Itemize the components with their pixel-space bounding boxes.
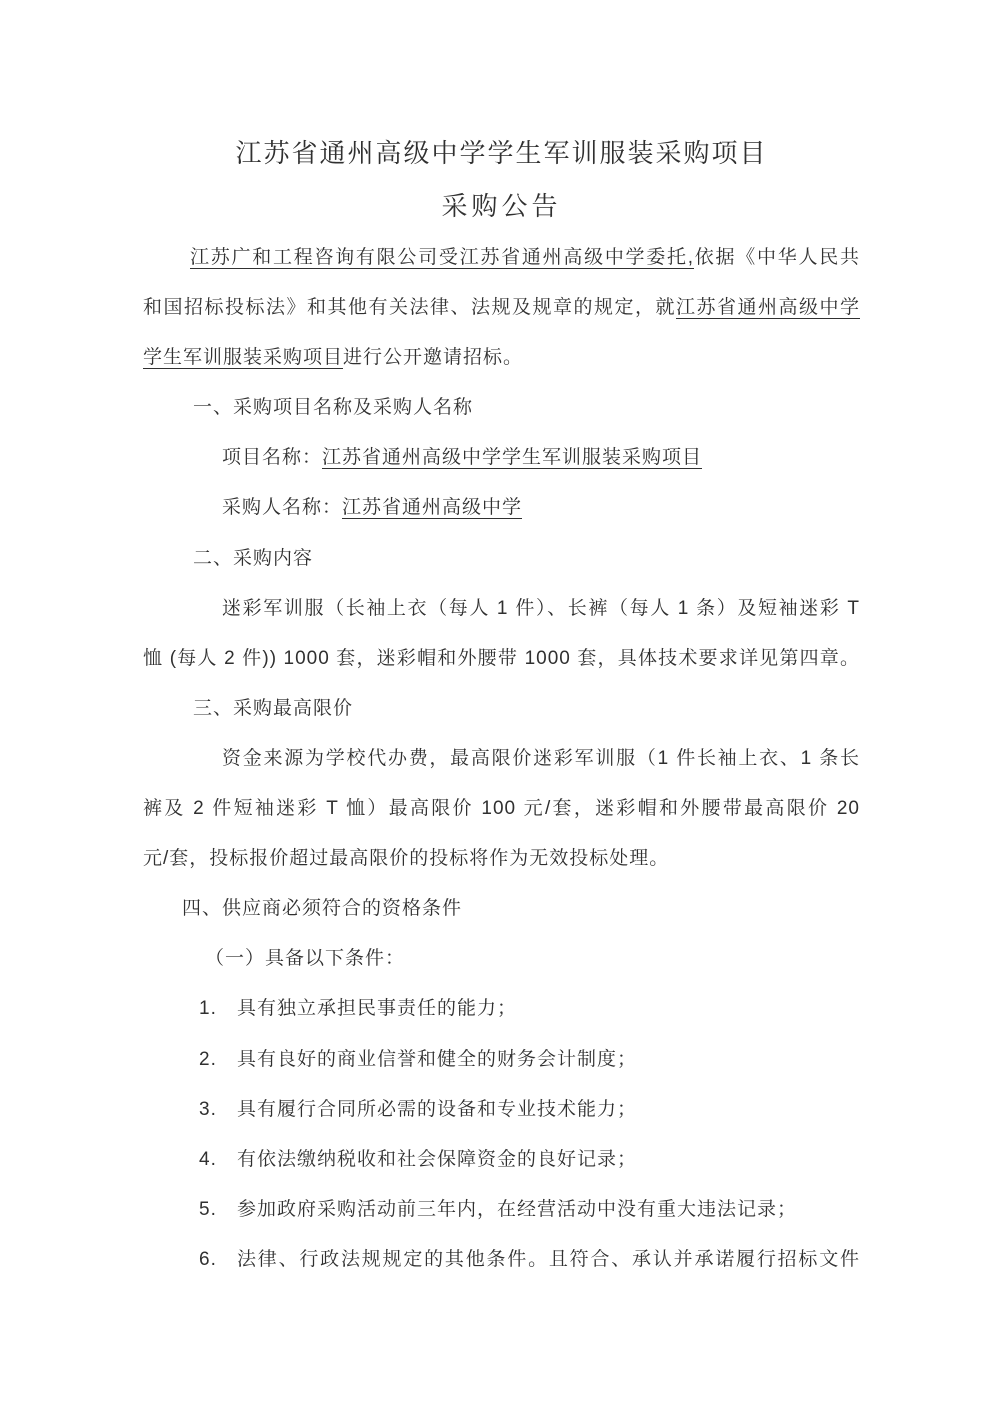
intro-line-1: 江苏广和工程咨询有限公司受江苏省通州高级中学委托,依据《中华人民共: [143, 233, 860, 283]
item-number: 2.: [199, 1035, 237, 1085]
buyer-name-value: 江苏省通州高级中学: [342, 497, 522, 519]
plain-text: 和国招标投标法》和其他有关法律、法规及规章的规定，就: [143, 297, 676, 318]
doc-subtitle: 采购公告: [143, 180, 860, 233]
document-page: 江苏省通州高级中学学生军训服装采购项目 采购公告 江苏广和工程咨询有限公司受江苏…: [0, 0, 1000, 1415]
section3-heading: 三、采购最高限价: [143, 684, 860, 734]
section1-heading: 一、采购项目名称及采购人名称: [143, 383, 860, 433]
underlined-text: 江苏省通州高级中学: [676, 297, 860, 319]
item-text: 具有良好的商业信誉和健全的财务会计制度；: [237, 1035, 860, 1085]
intro-line-2: 和国招标投标法》和其他有关法律、法规及规章的规定，就江苏省通州高级中学: [143, 283, 860, 333]
underlined-text: 学生军训服装采购项目: [143, 347, 343, 369]
plain-text: 进行公开邀请招标。: [343, 347, 523, 368]
section3-line-1: 资金来源为学校代办费，最高限价迷彩军训服（1 件长袖上衣、1 条长: [143, 734, 860, 784]
section3-line-2: 裤及 2 件短袖迷彩 T 恤）最高限价 100 元/套，迷彩帽和外腰带最高限价 …: [143, 784, 860, 834]
qualification-item-1: 1.具有独立承担民事责任的能力；: [143, 984, 860, 1034]
qualification-item-3: 3.具有履行合同所必需的设备和专业技术能力；: [143, 1085, 860, 1135]
buyer-name-line: 采购人名称：江苏省通州高级中学: [143, 483, 860, 533]
item-number: 6.: [199, 1235, 237, 1285]
underlined-text: 江苏广和工程咨询有限公司受江苏省通州高级中学委托,: [190, 247, 694, 269]
item-number: 4.: [199, 1135, 237, 1185]
section2-line-2: 恤 (每人 2 件)) 1000 套，迷彩帽和外腰带 1000 套，具体技术要求…: [143, 634, 860, 684]
section4-subheading: （一）具备以下条件：: [143, 934, 860, 984]
item-text: 参加政府采购活动前三年内，在经营活动中没有重大违法记录；: [237, 1185, 860, 1235]
item-text: 法律、行政法规规定的其他条件。且符合、承认并承诺履行招标文件: [237, 1235, 860, 1285]
section4-heading: 四、供应商必须符合的资格条件: [143, 884, 860, 934]
section3-line-3: 元/套，投标报价超过最高限价的投标将作为无效投标处理。: [143, 834, 860, 884]
plain-text: 依据《中华人民共: [694, 247, 860, 268]
qualification-item-5: 5.参加政府采购活动前三年内，在经营活动中没有重大违法记录；: [143, 1185, 860, 1235]
item-text: 具有独立承担民事责任的能力；: [237, 984, 860, 1034]
project-name-value: 江苏省通州高级中学学生军训服装采购项目: [322, 447, 702, 469]
section2-heading: 二、采购内容: [143, 534, 860, 584]
project-name-line: 项目名称：江苏省通州高级中学学生军训服装采购项目: [143, 433, 860, 483]
qualification-item-4: 4.有依法缴纳税收和社会保障资金的良好记录；: [143, 1135, 860, 1185]
item-text: 有依法缴纳税收和社会保障资金的良好记录；: [237, 1135, 860, 1185]
item-number: 3.: [199, 1085, 237, 1135]
item-number: 1.: [199, 984, 237, 1034]
qualification-item-2: 2.具有良好的商业信誉和健全的财务会计制度；: [143, 1035, 860, 1085]
doc-title: 江苏省通州高级中学学生军训服装采购项目: [143, 126, 860, 180]
item-text: 具有履行合同所必需的设备和专业技术能力；: [237, 1085, 860, 1135]
intro-line-3: 学生军训服装采购项目进行公开邀请招标。: [143, 333, 860, 383]
section2-line-1: 迷彩军训服（长袖上衣（每人 1 件）、长裤（每人 1 条）及短袖迷彩 T: [143, 584, 860, 634]
buyer-name-label: 采购人名称：: [222, 497, 342, 518]
qualification-item-6: 6.法律、行政法规规定的其他条件。且符合、承认并承诺履行招标文件: [143, 1235, 860, 1285]
project-name-label: 项目名称：: [222, 447, 322, 468]
item-number: 5.: [199, 1185, 237, 1235]
